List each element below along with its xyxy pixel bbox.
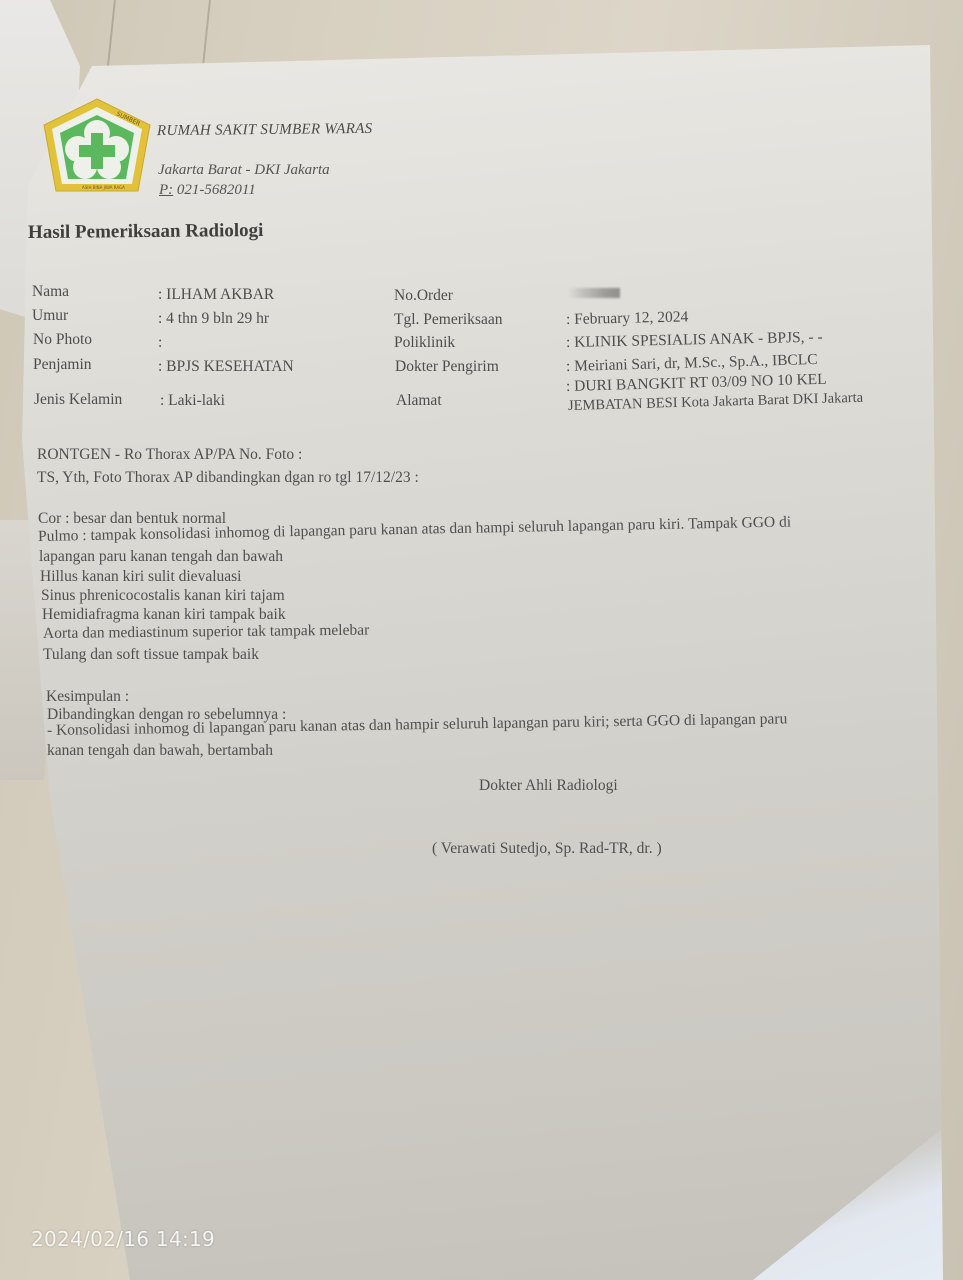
- phone-number: 021-5682011: [173, 182, 256, 198]
- exam-type: RONTGEN - Ro Thorax AP/PA No. Foto :: [37, 446, 302, 464]
- label-umur: Umur: [32, 307, 68, 325]
- svg-text:ASIH BINA JIWA RAGA: ASIH BINA JIWA RAGA: [82, 185, 125, 190]
- label-penjamin: Penjamin: [33, 356, 92, 374]
- signature-role: Dokter Ahli Radiologi: [479, 777, 618, 795]
- hospital-city: Jakarta Barat - DKI Jakarta: [158, 162, 330, 179]
- label-no-photo: No Photo: [33, 331, 92, 349]
- finding-tulang: Tulang dan soft tissue tampak baik: [43, 646, 259, 664]
- finding-aorta: Aorta dan mediastinum superior tak tampa…: [43, 622, 369, 643]
- signature-name: ( Verawati Sutedjo, Sp. Rad-TR, dr. ): [432, 840, 662, 858]
- label-jenis-kelamin: Jenis Kelamin: [34, 391, 122, 409]
- label-tgl-pemeriksaan: Tgl. Pemeriksaan: [394, 311, 502, 329]
- phone-prefix: P:: [159, 182, 173, 198]
- label-poliklinik: Poliklinik: [394, 334, 455, 352]
- value-umur: : 4 thn 9 bln 29 hr: [158, 310, 269, 328]
- value-tgl-pemeriksaan: : February 12, 2024: [566, 308, 689, 329]
- hospital-phone: P: 021-5682011: [159, 182, 256, 199]
- conclusion-heading: Kesimpulan :: [46, 688, 129, 706]
- label-alamat: Alamat: [396, 392, 442, 410]
- value-penjamin: : BPJS KESEHATAN: [158, 358, 294, 376]
- radiology-report: SUMBER ASIH BINA JIWA RAGA RUMAH SAKIT S…: [0, 0, 963, 1280]
- hospital-name: RUMAH SAKIT SUMBER WARAS: [157, 121, 373, 140]
- value-jenis-kelamin: : Laki-laki: [160, 392, 225, 410]
- label-no-order: No.Order: [394, 287, 453, 305]
- finding-hemidiafragma: Hemidiafragma kanan kiri tampak baik: [42, 606, 286, 624]
- document-title: Hasil Pemeriksaan Radiologi: [28, 220, 264, 244]
- value-nama: : ILHAM AKBAR: [158, 286, 274, 304]
- photo-timestamp: 2024/02/16 14:19: [31, 1227, 215, 1251]
- conclusion-line-3: kanan tengah dan bawah, bertambah: [47, 742, 273, 760]
- finding-sinus: Sinus phrenicocostalis kanan kiri tajam: [41, 587, 285, 605]
- hospital-logo-icon: SUMBER ASIH BINA JIWA RAGA: [38, 95, 156, 205]
- label-nama: Nama: [32, 283, 69, 301]
- value-poliklinik: : KLINIK SPESIALIS ANAK - BPJS, - -: [566, 329, 823, 352]
- value-no-photo: :: [158, 334, 162, 352]
- redacted-order-number: [568, 288, 620, 298]
- finding-pulmo-cont: lapangan paru kanan tengah dan bawah: [39, 548, 283, 566]
- finding-hillus: Hillus kanan kiri sulit dievaluasi: [40, 568, 241, 586]
- exam-intro: TS, Yth, Foto Thorax AP dibandingkan dga…: [37, 469, 419, 487]
- label-dokter-pengirim: Dokter Pengirim: [395, 358, 499, 376]
